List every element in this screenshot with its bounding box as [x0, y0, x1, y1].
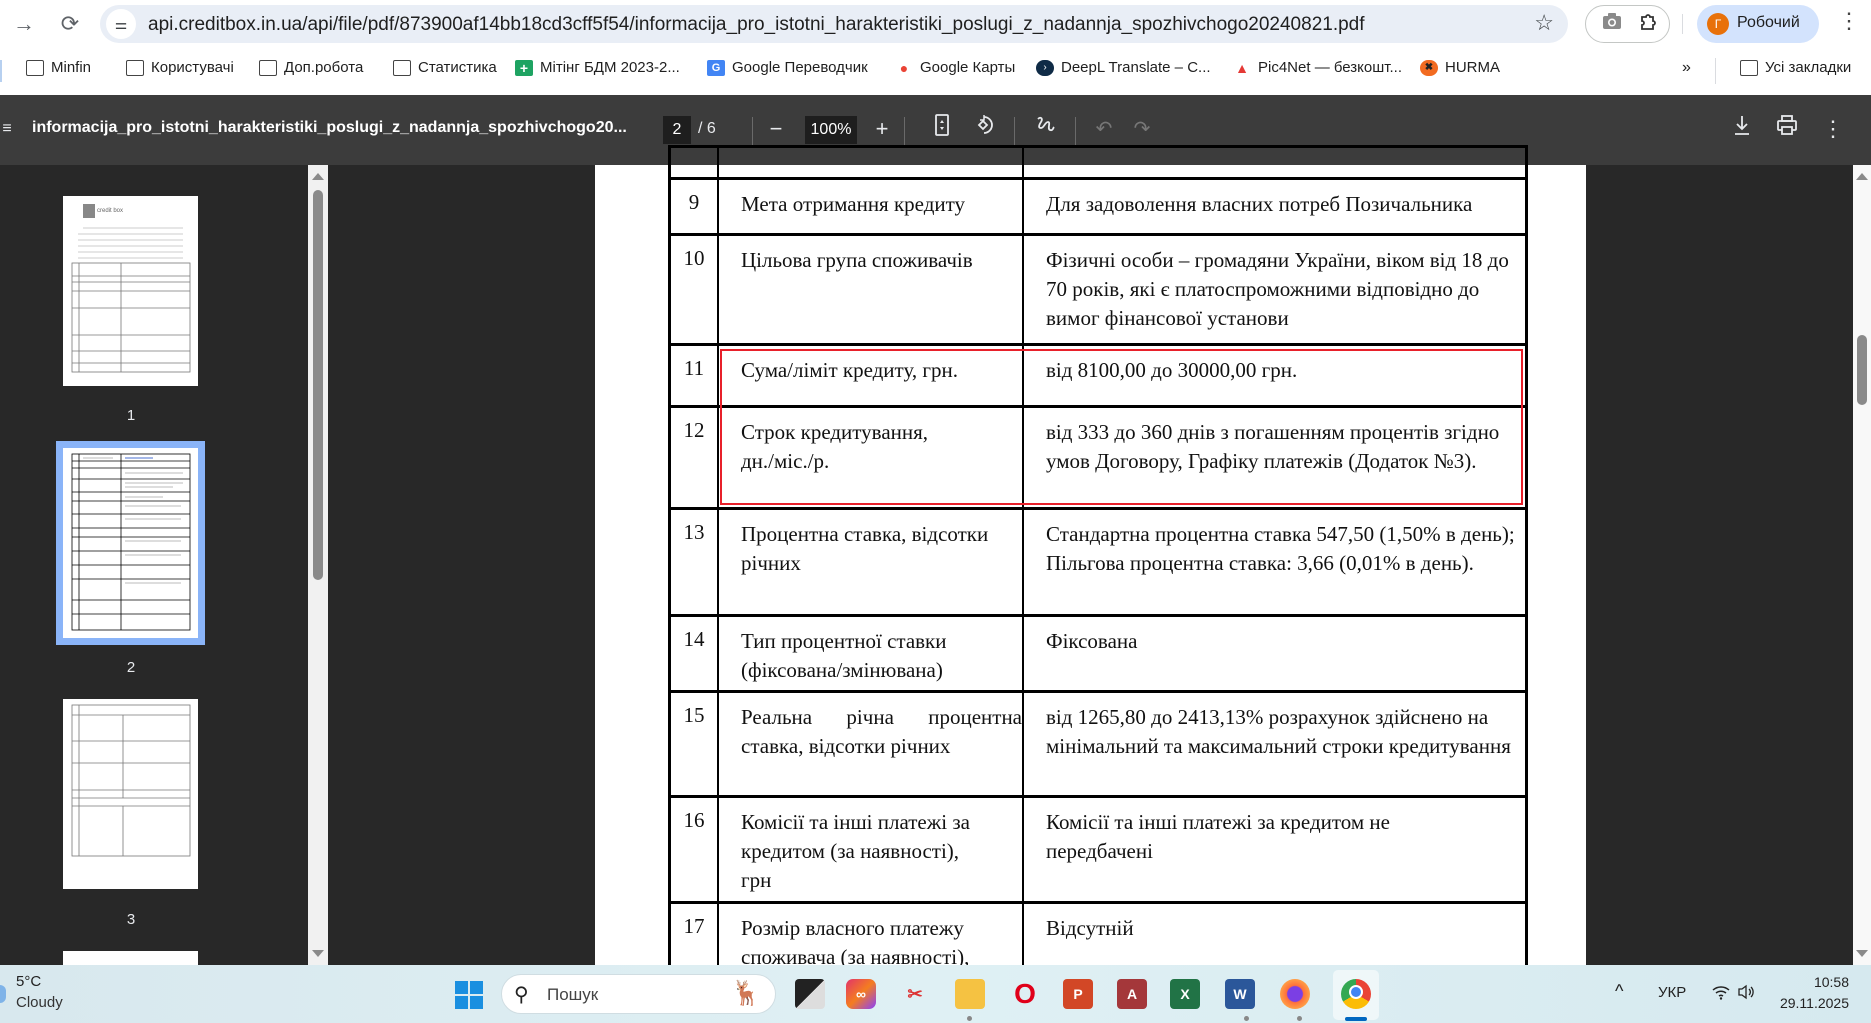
address-bar[interactable]: ⚌ api.creditbox.in.ua/api/file/pdf/87390… — [100, 5, 1568, 43]
folder-icon — [126, 60, 144, 76]
thumbnail-label-3: 3 — [116, 911, 146, 928]
folder-icon — [26, 60, 44, 76]
star-icon: ☆ — [1534, 10, 1554, 35]
thumbnail-label-2: 2 — [116, 659, 146, 676]
zoom-in-button[interactable]: + — [867, 114, 897, 144]
table-row — [668, 145, 1528, 179]
sidebar-menu-button[interactable]: ≡ — [0, 114, 22, 144]
clock-date: 29.11.2025 — [1780, 993, 1849, 1014]
table-row: 16 Комісії та інші платежі за кредитом (… — [668, 795, 1528, 903]
bookmark-minfin[interactable]: Minfin — [26, 59, 91, 76]
word-button[interactable]: W — [1225, 979, 1255, 1009]
access-button[interactable]: A — [1117, 979, 1147, 1009]
thumbnail-label-1: 1 — [116, 407, 146, 424]
double-chevron-icon: » — [1682, 59, 1691, 77]
scroll-up-arrow-icon[interactable] — [1856, 173, 1868, 180]
browser-menu-button[interactable]: ⋮ — [1838, 8, 1860, 34]
redo-icon: ↷ — [1134, 118, 1151, 140]
page-total: / 6 — [698, 120, 716, 138]
search-placeholder: Пошук — [547, 985, 598, 1005]
page-preview: credit box — [63, 196, 198, 386]
bookmark-statistics[interactable]: Статистика — [393, 59, 497, 76]
bookmark-google-translate[interactable]: GGoogle Переводчик — [707, 59, 868, 76]
google-maps-icon: ● — [895, 60, 913, 76]
print-button[interactable] — [1772, 114, 1802, 144]
thumbnail-sidebar: credit box 1 — [0, 165, 308, 965]
browser-toolbar: → ⟳ ⚌ api.creditbox.in.ua/api/file/pdf/8… — [0, 0, 1871, 48]
page-preview — [63, 448, 198, 638]
zoom-level-input[interactable]: 100% — [805, 116, 857, 144]
sidebar-scrollbar[interactable] — [308, 165, 328, 965]
task-view-button[interactable] — [795, 979, 825, 1009]
rotate-icon — [971, 114, 993, 136]
bookmark-hurma[interactable]: ✖HURMA — [1420, 59, 1500, 76]
running-indicator — [1244, 1016, 1249, 1021]
folder-icon — [1740, 60, 1758, 76]
all-bookmarks-button[interactable]: Усі закладки — [1740, 59, 1851, 76]
pic4net-icon: ▲ — [1233, 60, 1251, 76]
reload-button[interactable]: ⟳ — [54, 8, 86, 40]
pdf-more-button[interactable]: ⋮ — [1818, 114, 1848, 144]
language-indicator[interactable]: УКР — [1658, 984, 1686, 1001]
bookmark-extra-work[interactable]: Доп.робота — [259, 59, 363, 76]
opera-icon: O — [1014, 978, 1036, 1009]
volume-icon[interactable] — [1737, 984, 1755, 1005]
table-row: 9 Мета отримання кредиту Для задоволення… — [668, 177, 1528, 235]
undo-icon: ↶ — [1096, 118, 1113, 140]
bookmarks-divider — [1715, 58, 1716, 84]
clock-time: 10:58 — [1780, 972, 1849, 993]
deepl-icon: › — [1036, 60, 1054, 76]
rotate-button[interactable] — [967, 114, 997, 144]
undo-button[interactable]: ↶ — [1089, 114, 1119, 144]
table-row: 14 Тип процентної ставки (фіксована/змін… — [668, 614, 1528, 692]
page-preview — [63, 699, 198, 889]
sidebar-scroll-thumb[interactable] — [313, 190, 323, 580]
show-hidden-icons-button[interactable]: ^ — [1615, 981, 1623, 1002]
site-info-button[interactable]: ⚌ — [106, 9, 136, 39]
scroll-down-arrow-icon[interactable] — [312, 950, 324, 957]
fit-page-button[interactable] — [927, 114, 957, 144]
scissors-icon: ✂ — [907, 984, 922, 1004]
scroll-down-arrow-icon[interactable] — [1856, 950, 1868, 957]
bookmarks-overflow-button[interactable]: » — [1682, 59, 1691, 77]
main-scroll-thumb[interactable] — [1857, 335, 1867, 405]
thumbnail-page-3[interactable] — [63, 699, 198, 889]
extensions-group — [1585, 5, 1670, 43]
active-app-indicator — [1345, 1017, 1367, 1021]
download-button[interactable] — [1727, 114, 1757, 144]
taskbar: 5°C Cloudy ⚲ Пошук 🦌 ∞ ✂ O P A X W ^ УКР — [0, 965, 1871, 1023]
hurma-icon: ✖ — [1420, 60, 1438, 76]
bookmark-deepl[interactable]: ›DeepL Translate – С... — [1036, 59, 1211, 76]
running-indicator — [1297, 1016, 1302, 1021]
word-icon: W — [1233, 986, 1246, 1002]
bookmarks-bar: Minfin Користувачі Доп.робота Статистика… — [0, 48, 1871, 95]
tune-icon: ⚌ — [115, 16, 128, 32]
bookmark-star-button[interactable]: ☆ — [1534, 10, 1554, 36]
forward-icon: → — [13, 11, 35, 36]
reload-icon: ⟳ — [61, 11, 79, 36]
screen: → ⟳ ⚌ api.creditbox.in.ua/api/file/pdf/8… — [0, 0, 1871, 1023]
document-title: informacija_pro_istotni_harakteristiki_p… — [32, 119, 627, 137]
menu-icon: ≡ — [2, 120, 11, 137]
profile-name: Робочий — [1737, 14, 1800, 32]
bookmark-pic4net[interactable]: ▲Pic4Net — безкошт... — [1233, 59, 1402, 76]
highlight-box — [720, 349, 1523, 505]
draw-icon — [1035, 114, 1057, 136]
weather-icon — [0, 985, 6, 1003]
access-icon: A — [1127, 986, 1137, 1002]
powerpoint-button[interactable]: P — [1063, 979, 1093, 1009]
folder-icon — [259, 60, 277, 76]
folder-icon — [393, 60, 411, 76]
fit-page-icon — [935, 114, 949, 136]
more-vert-icon: ⋮ — [1822, 116, 1844, 141]
opera-button[interactable]: O — [1010, 979, 1040, 1009]
taskbar-search[interactable]: ⚲ Пошук 🦌 — [501, 974, 776, 1014]
bookmarks-edge — [0, 60, 2, 82]
google-translate-icon: G — [707, 60, 725, 76]
excel-button[interactable]: X — [1170, 979, 1200, 1009]
camera-icon[interactable] — [1602, 12, 1622, 35]
pdf-page: 9 Мета отримання кредиту Для задоволення… — [595, 165, 1586, 965]
profile-button[interactable]: Г Робочий — [1697, 5, 1819, 43]
creative-cloud-button[interactable]: ∞ — [846, 979, 876, 1009]
toolbar-divider — [1014, 117, 1015, 145]
file-explorer-button[interactable] — [955, 979, 985, 1009]
thumbnail-page-2[interactable] — [63, 448, 198, 638]
toolbar-divider — [1075, 117, 1076, 145]
extensions-icon[interactable] — [1638, 12, 1658, 37]
powerpoint-icon: P — [1073, 986, 1082, 1002]
green-plus-icon: + — [515, 60, 533, 76]
chrome-icon — [1349, 985, 1363, 999]
wifi-icon[interactable] — [1712, 984, 1730, 1005]
toolbar-divider — [1682, 14, 1683, 34]
search-icon: ⚲ — [514, 982, 529, 1007]
table-row: 13 Процентна ставка, відсотки річних Ста… — [668, 507, 1528, 616]
page-number-input[interactable]: 2 — [663, 116, 691, 144]
toolbar-divider — [904, 117, 905, 145]
table-row: 10 Цільова група споживачів Фізичні особ… — [668, 233, 1528, 345]
more-vert-icon: ⋮ — [1838, 8, 1860, 33]
bookmark-users[interactable]: Користувачі — [126, 59, 234, 76]
scroll-up-arrow-icon[interactable] — [312, 173, 324, 180]
download-icon — [1732, 114, 1752, 136]
excel-icon: X — [1180, 986, 1189, 1002]
annotate-button[interactable] — [1031, 114, 1061, 144]
plus-icon: + — [876, 116, 889, 141]
zoom-out-button[interactable]: − — [761, 114, 791, 144]
bookmark-meeting[interactable]: +Мітінг БДМ 2023-2... — [515, 59, 680, 76]
main-scrollbar[interactable] — [1853, 165, 1871, 965]
thumbnail-page-1[interactable]: credit box — [63, 196, 198, 386]
table-row: 15 Реальна річна процентна ставка, відсо… — [668, 690, 1528, 797]
running-indicator — [967, 1016, 972, 1021]
svg-text:credit box: credit box — [97, 208, 123, 214]
chevron-up-icon: ^ — [1615, 981, 1623, 1001]
url-text[interactable]: api.creditbox.in.ua/api/file/pdf/873900a… — [148, 14, 1365, 36]
bookmark-google-maps[interactable]: ●Google Карты — [895, 59, 1015, 76]
start-button[interactable] — [455, 981, 483, 1009]
deer-icon: 🦌 — [731, 979, 761, 1008]
snipping-tool-button[interactable]: ✂ — [900, 979, 930, 1009]
avatar: Г — [1707, 13, 1729, 35]
weather-condition[interactable]: Cloudy — [16, 994, 63, 1011]
system-clock[interactable]: 10:58 29.11.2025 — [1780, 972, 1849, 1014]
toolbar-divider — [752, 117, 753, 145]
print-icon — [1776, 114, 1798, 136]
creative-cloud-icon: ∞ — [856, 986, 866, 1002]
pdf-viewer: credit box 1 — [0, 165, 1871, 965]
minus-icon: − — [770, 116, 783, 141]
redo-button[interactable]: ↷ — [1127, 114, 1157, 144]
chrome-button[interactable] — [1341, 979, 1371, 1009]
weather-temperature[interactable]: 5°C — [16, 973, 41, 990]
forward-button[interactable]: → — [8, 8, 40, 40]
firefox-button[interactable] — [1280, 979, 1310, 1009]
